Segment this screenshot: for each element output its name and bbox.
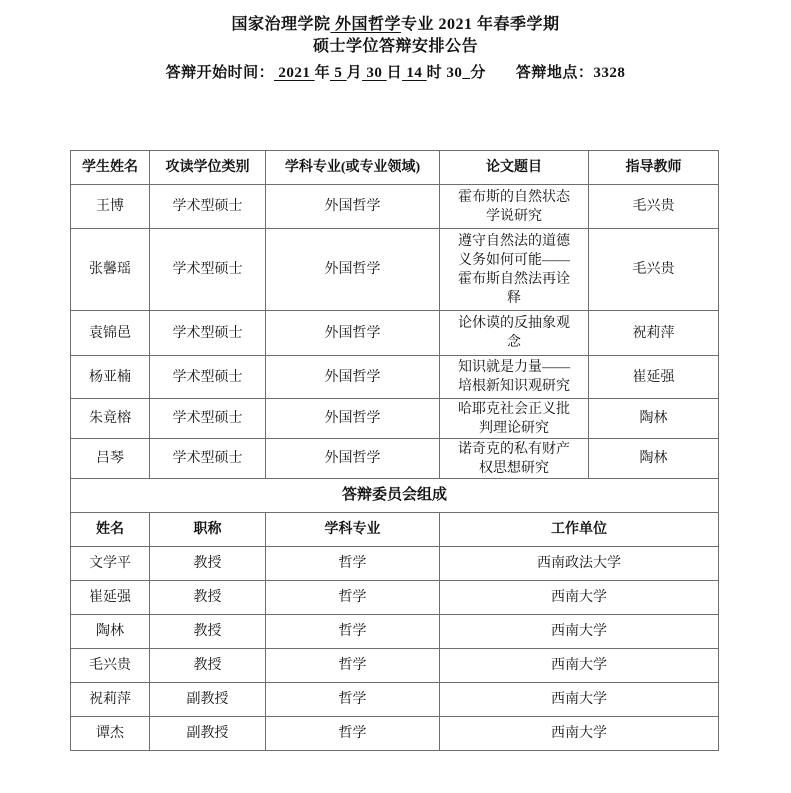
student-degree-type: 学术型硕士	[150, 185, 266, 229]
defense-month-unit: 月	[347, 65, 363, 81]
document-title-line1: 国家治理学院 外国哲学专业 2021 年春季学期	[0, 14, 791, 36]
title-semester: 专业 2021 年春季学期	[401, 16, 560, 33]
committee-row: 陶林 教授 哲学 西南大学	[71, 615, 719, 649]
student-major: 外国哲学	[266, 439, 440, 479]
student-name: 吕琴	[71, 439, 150, 479]
committee-row: 崔延强 教授 哲学 西南大学	[71, 581, 719, 615]
student-degree-type: 学术型硕士	[150, 439, 266, 479]
student-row: 吕琴 学术型硕士 外国哲学 诺奇克的私有财产权思想研究 陶林	[71, 439, 719, 479]
member-employer: 西南大学	[440, 581, 719, 615]
defense-year-unit: 年	[315, 65, 331, 81]
member-major: 哲学	[266, 683, 440, 717]
member-title: 教授	[150, 581, 266, 615]
student-name: 朱竟榕	[71, 399, 150, 439]
member-name: 毛兴贵	[71, 649, 150, 683]
member-name: 谭杰	[71, 717, 150, 751]
defense-schedule-table: 学生姓名 攻读学位类别 学科专业(或专业领域) 论文题目 指导教师 王博 学术型…	[70, 150, 719, 751]
student-major: 外国哲学	[266, 229, 440, 311]
student-row: 袁锦邑 学术型硕士 外国哲学 论休谟的反抽象观念 祝莉萍	[71, 311, 719, 356]
member-employer: 西南大学	[440, 615, 719, 649]
student-row: 王博 学术型硕士 外国哲学 霍布斯的自然状态学说研究 毛兴贵	[71, 185, 719, 229]
member-employer: 西南大学	[440, 649, 719, 683]
committee-row: 文学平 教授 哲学 西南政法大学	[71, 547, 719, 581]
student-name: 王博	[71, 185, 150, 229]
defense-hour-value: 14	[402, 65, 427, 81]
header-degree-type: 攻读学位类别	[150, 151, 266, 185]
student-major: 外国哲学	[266, 356, 440, 399]
member-name: 文学平	[71, 547, 150, 581]
member-title: 教授	[150, 615, 266, 649]
student-name: 袁锦邑	[71, 311, 150, 356]
student-advisor: 毛兴贵	[589, 185, 719, 229]
header-member-title: 职称	[150, 513, 266, 547]
students-header-row: 学生姓名 攻读学位类别 学科专业(或专业领域) 论文题目 指导教师	[71, 151, 719, 185]
student-degree-type: 学术型硕士	[150, 311, 266, 356]
student-degree-type: 学术型硕士	[150, 399, 266, 439]
student-thesis-title: 知识就是力量——培根新知识观研究	[440, 356, 589, 399]
student-advisor: 祝莉萍	[589, 311, 719, 356]
title-college: 国家治理学院	[231, 16, 330, 33]
student-major: 外国哲学	[266, 185, 440, 229]
member-major: 哲学	[266, 649, 440, 683]
header-member-name: 姓名	[71, 513, 150, 547]
member-employer: 西南大学	[440, 717, 719, 751]
student-advisor: 陶林	[589, 439, 719, 479]
member-title: 教授	[150, 649, 266, 683]
defense-minute-value: 30_	[442, 65, 470, 81]
student-major: 外国哲学	[266, 311, 440, 356]
member-major: 哲学	[266, 581, 440, 615]
member-name: 祝莉萍	[71, 683, 150, 717]
document-title-line2: 硕士学位答辩安排公告	[0, 36, 791, 58]
defense-day-unit: 日	[387, 65, 403, 81]
document-header: 国家治理学院 外国哲学专业 2021 年春季学期 硕士学位答辩安排公告 答辩开始…	[0, 14, 791, 83]
student-advisor: 崔延强	[589, 356, 719, 399]
member-title: 教授	[150, 547, 266, 581]
student-advisor: 陶林	[589, 399, 719, 439]
committee-section-row: 答辩委员会组成	[71, 479, 719, 513]
defense-year-value: 2021	[274, 65, 315, 81]
header-member-major: 学科专业	[266, 513, 440, 547]
student-degree-type: 学术型硕士	[150, 356, 266, 399]
student-row: 朱竟榕 学术型硕士 外国哲学 哈耶克社会正义批判理论研究 陶林	[71, 399, 719, 439]
student-name: 杨亚楠	[71, 356, 150, 399]
defense-day-value: 30	[362, 65, 387, 81]
committee-header-row: 姓名 职称 学科专业 工作单位	[71, 513, 719, 547]
member-title: 副教授	[150, 683, 266, 717]
student-advisor: 毛兴贵	[589, 229, 719, 311]
title-major-underlined: 外国哲学	[330, 16, 401, 33]
header-student-name: 学生姓名	[71, 151, 150, 185]
student-thesis-title: 论休谟的反抽象观念	[440, 311, 589, 356]
member-major: 哲学	[266, 717, 440, 751]
member-major: 哲学	[266, 547, 440, 581]
student-thesis-title: 遵守自然法的道德义务如何可能——霍布斯自然法再诠释	[440, 229, 589, 311]
student-thesis-title: 霍布斯的自然状态学说研究	[440, 185, 589, 229]
student-row: 杨亚楠 学术型硕士 外国哲学 知识就是力量——培根新知识观研究 崔延强	[71, 356, 719, 399]
student-major: 外国哲学	[266, 399, 440, 439]
student-thesis-title: 诺奇克的私有财产权思想研究	[440, 439, 589, 479]
header-advisor: 指导教师	[589, 151, 719, 185]
committee-section-title: 答辩委员会组成	[71, 479, 719, 513]
student-thesis-title: 哈耶克社会正义批判理论研究	[440, 399, 589, 439]
member-name: 崔延强	[71, 581, 150, 615]
committee-row: 祝莉萍 副教授 哲学 西南大学	[71, 683, 719, 717]
defense-minute-unit: 分	[470, 65, 486, 81]
student-row: 张馨瑶 学术型硕士 外国哲学 遵守自然法的道德义务如何可能——霍布斯自然法再诠释…	[71, 229, 719, 311]
header-major: 学科专业(或专业领域)	[266, 151, 440, 185]
student-name: 张馨瑶	[71, 229, 150, 311]
defense-hour-unit: 时	[427, 65, 443, 81]
committee-row: 谭杰 副教授 哲学 西南大学	[71, 717, 719, 751]
defense-location-value: 3328	[593, 65, 625, 81]
defense-month-value: 5	[330, 65, 347, 81]
student-degree-type: 学术型硕士	[150, 229, 266, 311]
committee-row: 毛兴贵 教授 哲学 西南大学	[71, 649, 719, 683]
header-member-employer: 工作单位	[440, 513, 719, 547]
member-major: 哲学	[266, 615, 440, 649]
header-thesis: 论文题目	[440, 151, 589, 185]
member-employer: 西南政法大学	[440, 547, 719, 581]
member-employer: 西南大学	[440, 683, 719, 717]
defense-location-label: 答辩地点：	[516, 65, 594, 81]
member-title: 副教授	[150, 717, 266, 751]
defense-info-line: 答辩开始时间： 2021 年 5 月 30 日 14 时 30_分答辩地点：33…	[0, 63, 791, 83]
defense-time-label: 答辩开始时间：	[166, 65, 275, 81]
member-name: 陶林	[71, 615, 150, 649]
